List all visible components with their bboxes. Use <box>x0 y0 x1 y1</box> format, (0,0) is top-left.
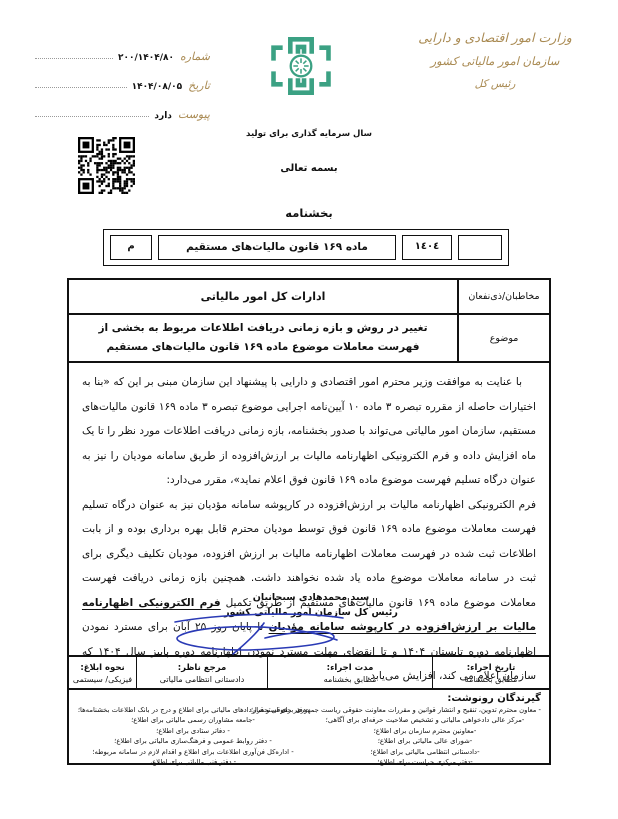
subject-row: موضوع تغییر در روش و بازه زمانی دریافت ا… <box>69 315 549 363</box>
bismillah-text: بسمه تعالی <box>0 163 618 174</box>
document-fields: شماره ۲۰۰/۱۴۰۴/۸۰ تاریخ ۱۴۰۴/۰۸/۰۵ پیوست… <box>30 34 210 121</box>
recipients-column-right: - معاون محترم تدوین، تنقیح و انتشار قوان… <box>309 705 541 767</box>
audience-value: ادارات کل امور مالیاتی <box>69 280 457 313</box>
type-code-box: م <box>110 235 152 260</box>
recipient-item: -دادستانی انتظامی مالیاتی برای اطلاع؛ <box>309 747 541 757</box>
attachment-label: پیوست <box>178 108 210 121</box>
main-table: مخاطبان/ذی‌نفعان ادارات کل امور مالیاتی … <box>67 278 551 765</box>
subject-code-box: ماده ۱۶۹ قانون مالیات‌های مستقیم <box>158 235 396 260</box>
signature-block: سید محمدهادی سبحانیان رئیس کل سازمان امو… <box>201 590 421 620</box>
head-office-line: رئیس کل <box>390 73 600 95</box>
copy-recipients-section: گیرندگان رونوشت: - معاون محترم تدوین، تن… <box>69 690 549 765</box>
recipients-column-left: -دفتر حقوقی و قراردادهای مالیاتی برای اط… <box>77 705 309 767</box>
recipient-item: - دفاتر ستادی برای اطلاع؛ <box>77 726 309 736</box>
body-text-section: با عنایت به موافقت وزیر محترم امور اقتصا… <box>69 363 549 657</box>
recipient-item: -معاونین محترم سازمان برای اطلاع؛ <box>309 726 541 736</box>
recipient-item: -دفتر مرکزی حراست برای اطلاع؛ <box>309 757 541 767</box>
date-label: تاریخ <box>188 79 210 92</box>
body-paragraph-1: با عنایت به موافقت وزیر محترم امور اقتصا… <box>82 370 536 493</box>
number-field: شماره ۲۰۰/۱۴۰۴/۸۰ <box>30 34 210 63</box>
recipient-item: - اداره‌کل فن‌آوری اطلاعات برای اطلاع و … <box>77 747 309 757</box>
attachment-field: پیوست دارد <box>30 92 210 121</box>
serial-box <box>458 235 502 260</box>
audience-label: مخاطبان/ذی‌نفعان <box>457 280 549 313</box>
recipient-item: -جامعه مشاوران رسمی مالیاتی برای اطلاع؛ <box>77 715 309 725</box>
dotted-leader <box>35 116 149 117</box>
classification-strip: ١٤٠٤ ماده ۱۶۹ قانون مالیات‌های مستقیم م <box>103 229 509 266</box>
recipient-item: - دفتر روابط عمومی و فرهنگ‌سازی مالیاتی … <box>77 736 309 746</box>
ministry-letterhead: وزارت امور اقتصادی و دارایی سازمان امور … <box>390 26 600 95</box>
number-value: ۲۰۰/۱۴۰۴/۸۰ <box>118 53 174 63</box>
year-box: ١٤٠٤ <box>402 235 452 260</box>
attachment-value: دارد <box>154 111 172 121</box>
number-label: شماره <box>180 50 210 63</box>
tax-organization-logo-icon <box>262 24 340 108</box>
ministry-line: وزارت امور اقتصادی و دارایی <box>390 26 600 50</box>
recipient-item: -مرکز عالی دادخواهی مالیاتی و تشخیص صلاح… <box>309 715 541 725</box>
subject-value: تغییر در روش و بازه زمانی دریافت اطلاعات… <box>69 315 457 361</box>
audience-row: مخاطبان/ذی‌نفعان ادارات کل امور مالیاتی <box>69 280 549 315</box>
circular-document-page: { "letterhead": { "ministry_lines": { "l… <box>0 0 618 819</box>
dotted-leader <box>35 87 127 88</box>
organization-line: سازمان امور مالیاتی کشور <box>390 50 600 73</box>
document-type-title: بخشنامه <box>0 206 618 220</box>
date-field: تاریخ ۱۴۰۴/۰۸/۰۵ <box>30 63 210 92</box>
signatory-title: رئیس کل سازمان امور مالیاتی کشور <box>201 605 421 620</box>
date-value: ۱۴۰۴/۰۸/۰۵ <box>132 82 183 92</box>
recipient-item: -دفتر حقوقی و قراردادهای مالیاتی برای اط… <box>77 705 309 715</box>
recipient-item: - معاون محترم تدوین، تنقیح و انتشار قوان… <box>309 705 541 715</box>
dotted-leader <box>35 58 113 59</box>
signatory-name: سید محمدهادی سبحانیان <box>201 590 421 605</box>
recipient-item: - دفتر فنی مالیاتی برای اطلاع، <box>77 757 309 767</box>
copy-recipients-header: گیرندگان رونوشت: <box>77 693 541 704</box>
subject-label: موضوع <box>457 315 549 361</box>
recipient-item: -شورای عالی مالیاتی برای اطلاع؛ <box>309 736 541 746</box>
